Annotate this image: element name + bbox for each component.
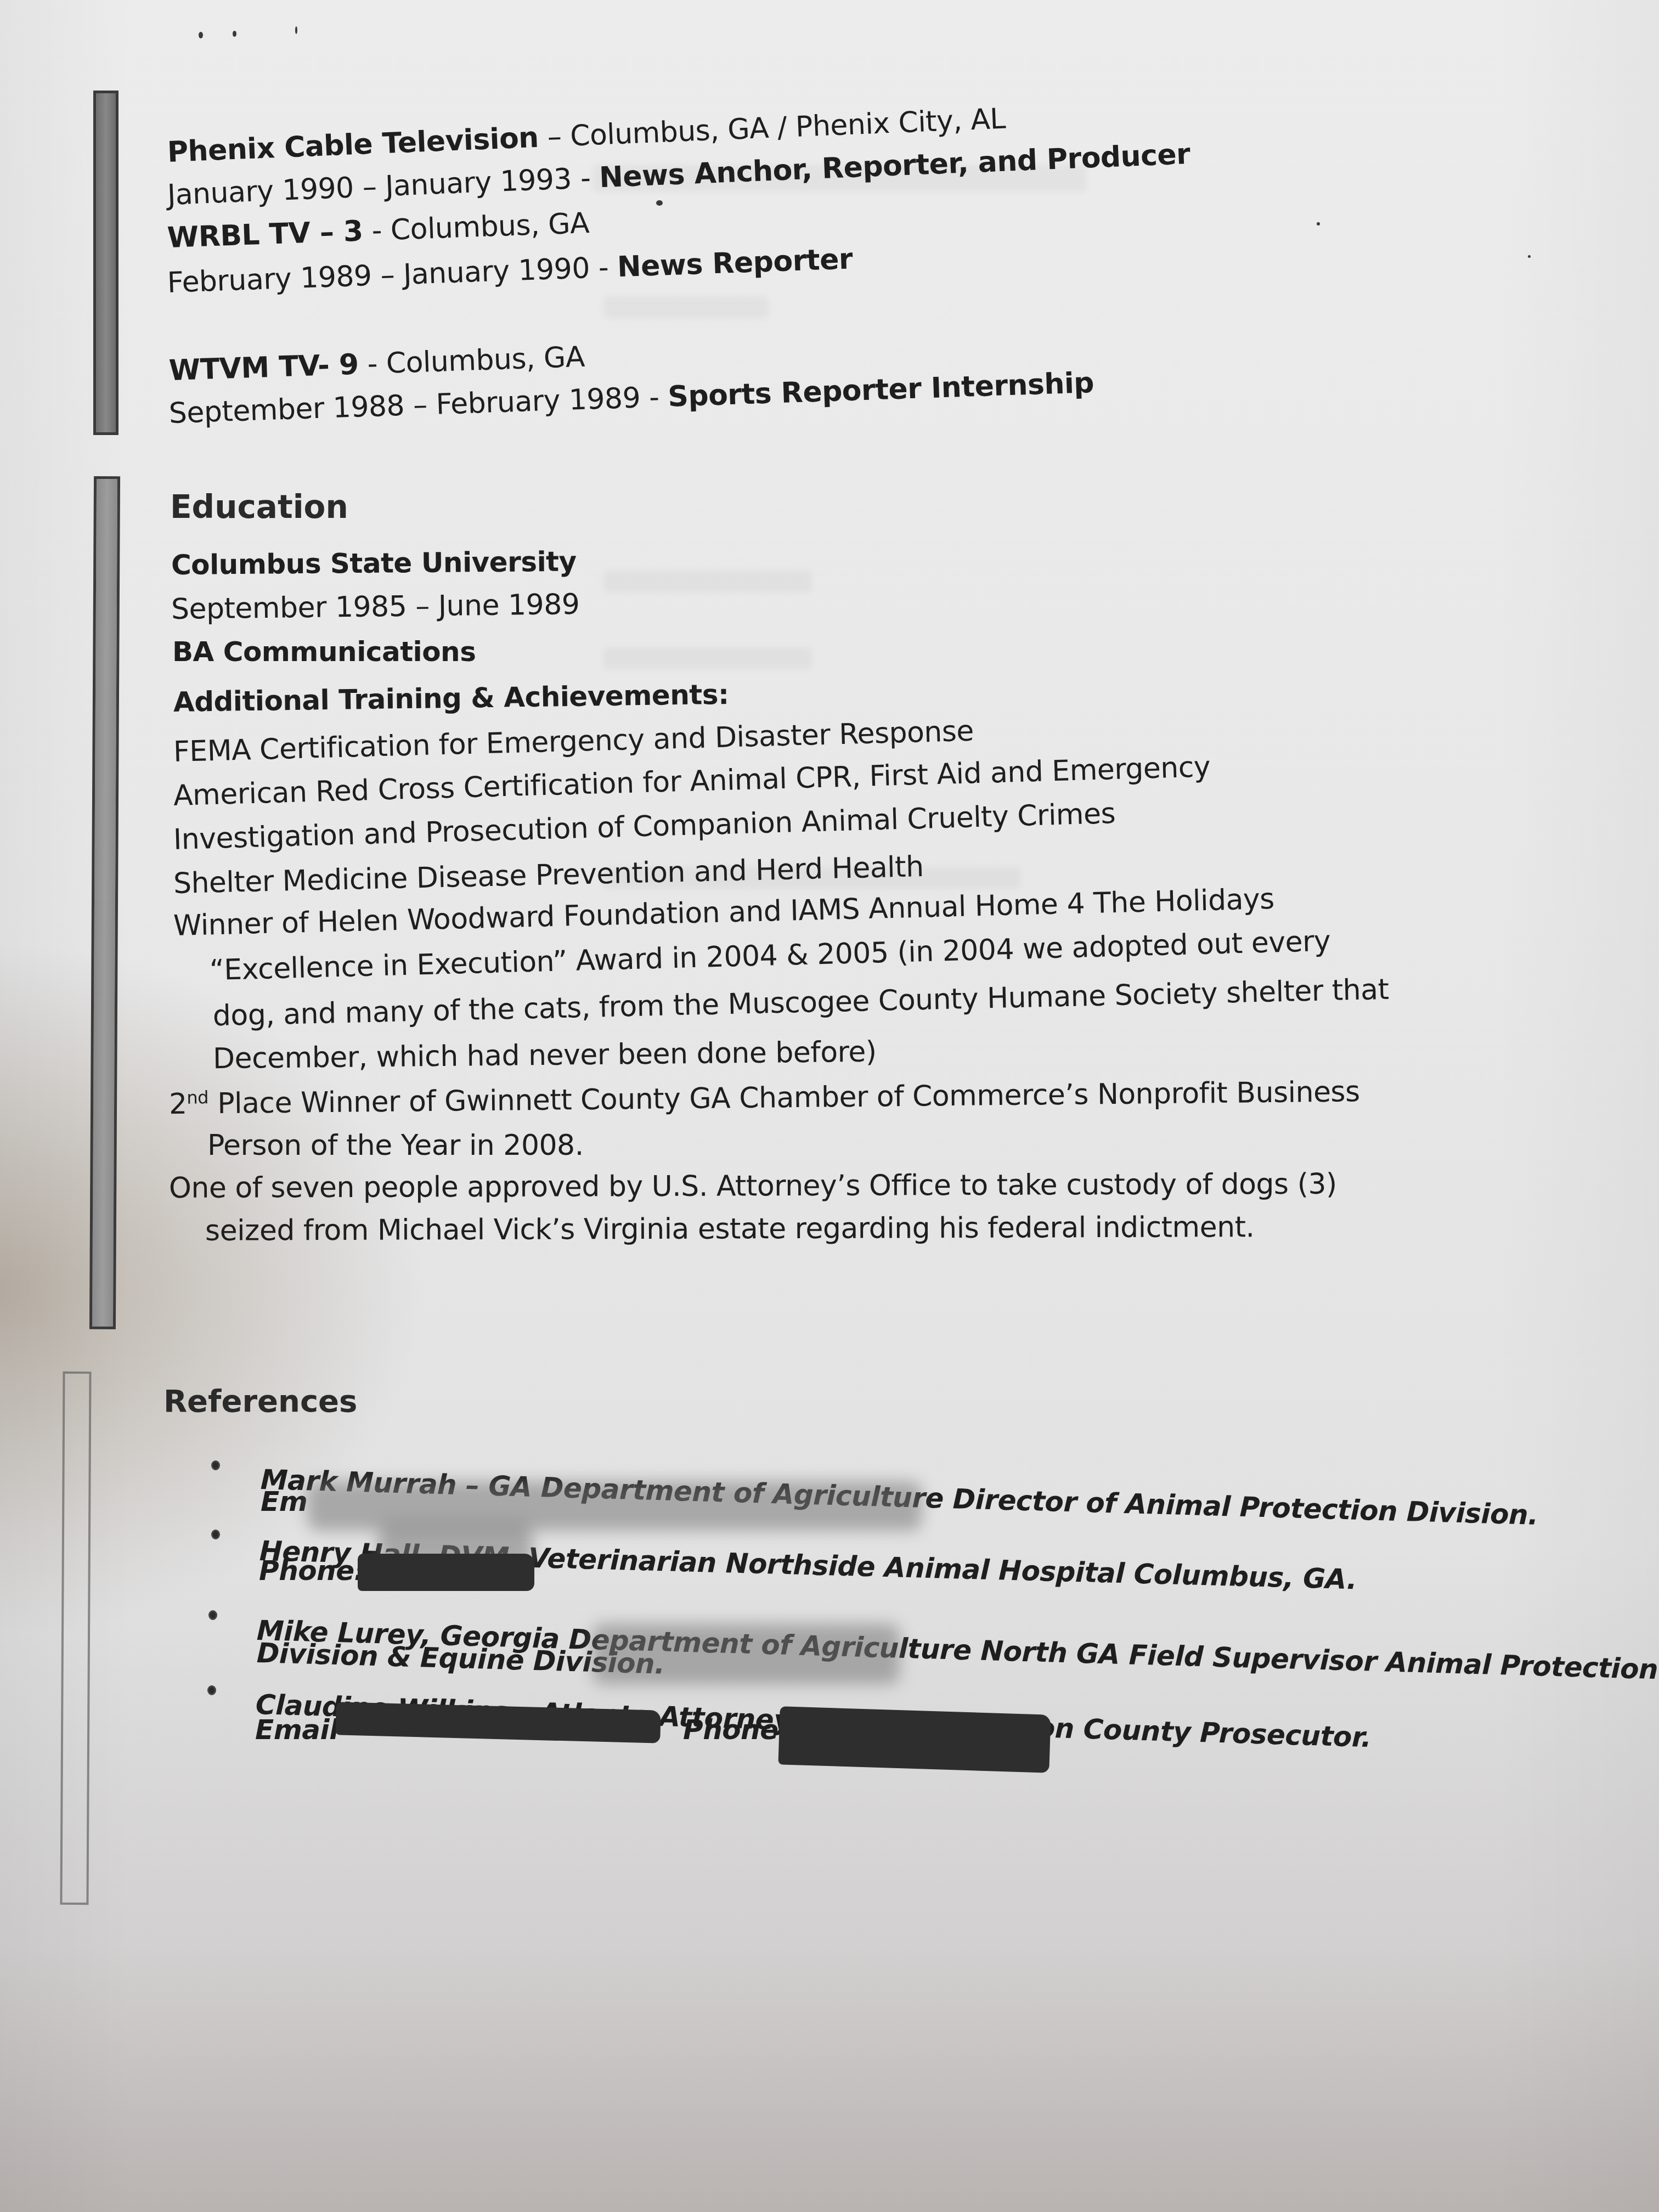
show-through-text: [603, 296, 768, 318]
redaction-marker: [778, 1706, 1051, 1773]
education-dates: September 1985 – June 1989: [171, 590, 580, 624]
award-text: Place Winner of Gwinnett County GA Chamb…: [208, 1075, 1360, 1120]
references-heading: References: [163, 1384, 357, 1419]
employer-name: WRBL TV – 3: [167, 215, 364, 255]
employer-name: WTVM TV- 9: [168, 348, 359, 387]
school-name: Columbus State University: [171, 548, 577, 579]
bullet-icon: [211, 1460, 220, 1470]
award-line: seized from Michael Vick’s Virginia esta…: [169, 1213, 1255, 1245]
bullet-icon: [211, 1530, 220, 1539]
award-line: dog, and many of the cats, from the Musc…: [173, 975, 1389, 1031]
paper-speck: [199, 32, 203, 38]
employer-name: Phenix Cable Television: [167, 121, 539, 169]
training-item: Shelter Medicine Disease Prevention and …: [173, 853, 924, 898]
award-line: December, which had never been done befo…: [173, 1038, 877, 1074]
training-heading: Additional Training & Achievements:: [173, 681, 729, 716]
paper-speck: [1317, 222, 1320, 225]
job-title: Sports Reporter Internship: [667, 366, 1094, 414]
ordinal-number: 2: [169, 1088, 187, 1121]
experience-entry-employer: WRBL TV – 3 - Columbus, GA: [167, 209, 590, 252]
award-line: Person of the Year in 2008.: [171, 1131, 584, 1160]
paper-speck: [233, 31, 236, 37]
experience-entry-dates: February 1989 – January 1990 - News Repo…: [167, 245, 853, 297]
section-bar-references: [60, 1372, 91, 1905]
paper-speck: [295, 26, 297, 34]
employment-dates: January 1990 – January 1993 -: [167, 162, 591, 212]
phone-label: Phone:: [683, 1714, 789, 1746]
employer-location: - Columbus, GA: [371, 207, 590, 247]
education-heading: Education: [170, 488, 348, 526]
award-line: 2nd Place Winner of Gwinnett County GA C…: [169, 1076, 1360, 1119]
paper-speck: [1528, 255, 1531, 258]
employment-dates: September 1988 – February 1989 -: [168, 381, 659, 430]
section-bar-experience: [93, 91, 119, 435]
degree: BA Communications: [172, 638, 476, 665]
employer-location: – Columbus, GA / Phenix City, AL: [547, 103, 1007, 154]
show-through-text: [603, 571, 812, 592]
paper-speck: [656, 200, 663, 206]
redaction-blur: [592, 1624, 900, 1684]
reference-line: Phone:: [683, 1716, 789, 1743]
ordinal-suffix: nd: [187, 1087, 208, 1108]
redaction-marker: [358, 1554, 534, 1591]
reference-line: Em: [261, 1488, 307, 1515]
reference-line: Phone:: [259, 1557, 365, 1584]
experience-entry-employer: WTVM TV- 9 - Columbus, GA: [168, 343, 585, 385]
section-bar-education: [89, 476, 120, 1329]
training-item: FEMA Certification for Emergency and Dis…: [173, 717, 974, 766]
bullet-icon: [208, 1610, 217, 1620]
email-label: Email: [255, 1714, 338, 1746]
award-line: One of seven people approved by U.S. Att…: [169, 1170, 1337, 1203]
employer-location: - Columbus, GA: [367, 341, 585, 381]
bullet-icon: [207, 1685, 216, 1695]
employment-dates: February 1989 – January 1990 -: [167, 251, 609, 300]
reference-label: Em: [261, 1486, 307, 1517]
job-title: News Reporter: [617, 242, 853, 284]
show-through-text: [603, 647, 812, 669]
reference-line: Email: [255, 1716, 338, 1743]
